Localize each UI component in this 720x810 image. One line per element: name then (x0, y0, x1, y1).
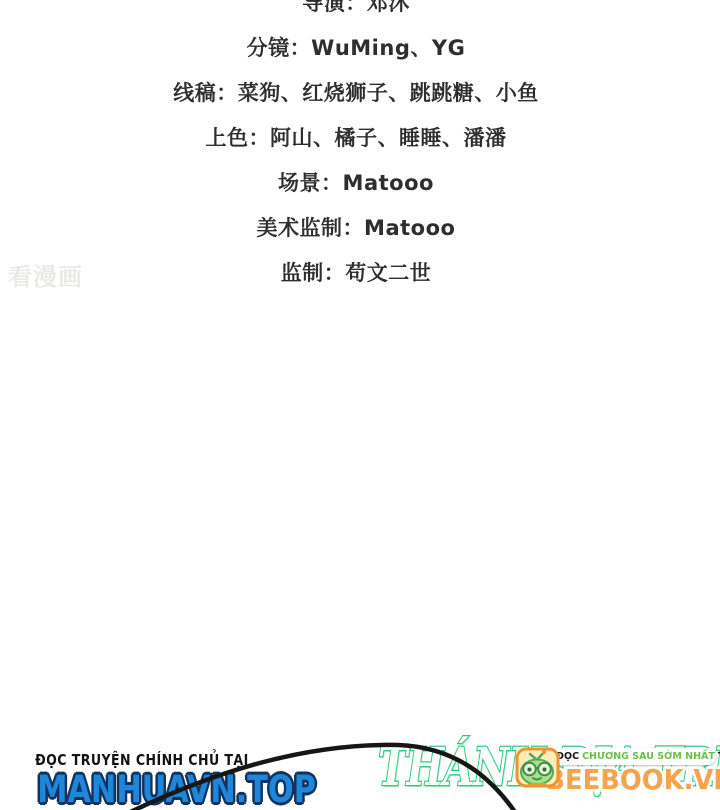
manhuavn-logo: ĐỌC TRUYỆN CHÍNH CHỦ TẠI MANHUAVN.TOP (18, 751, 232, 808)
credit-line-supervisor: 监制：苟文二世 (0, 251, 712, 296)
credit-line-storyboard: 分镜：WuMing、YG (0, 26, 712, 71)
site-watermark: 看漫画 (8, 265, 83, 289)
bee-mascot-icon (513, 744, 562, 792)
comic-credits-page: { "page": { "background": "#ffffff" }, "… (0, 0, 720, 810)
credit-line-art-supervisor: 美术监制：Matooo (0, 206, 712, 251)
credit-line-background: 场景：Matooo (0, 161, 712, 206)
credits-block: 导演：邓沐 分镜：WuMing、YG 线稿：菜狗、红烧狮子、跳跳糖、小鱼 上色：… (0, 0, 712, 296)
beebook-tagline-highlight: CHƯƠNG SAU SỚM NHẤT (582, 751, 715, 762)
manhuavn-tagline: ĐỌC TRUYỆN CHÍNH CHỦ TẠI (35, 751, 215, 769)
manhuavn-site-text: MANHUAVN.TOP (37, 771, 212, 808)
credit-line-coloring: 上色：阿山、橘子、睡睡、潘潘 (0, 116, 712, 161)
credit-line-director: 导演：邓沐 (0, 0, 712, 26)
credit-line-lineart: 线稿：菜狗、红烧狮子、跳跳糖、小鱼 (0, 71, 712, 116)
beebook-site-text: BEEBOOK.VIP (545, 764, 714, 796)
